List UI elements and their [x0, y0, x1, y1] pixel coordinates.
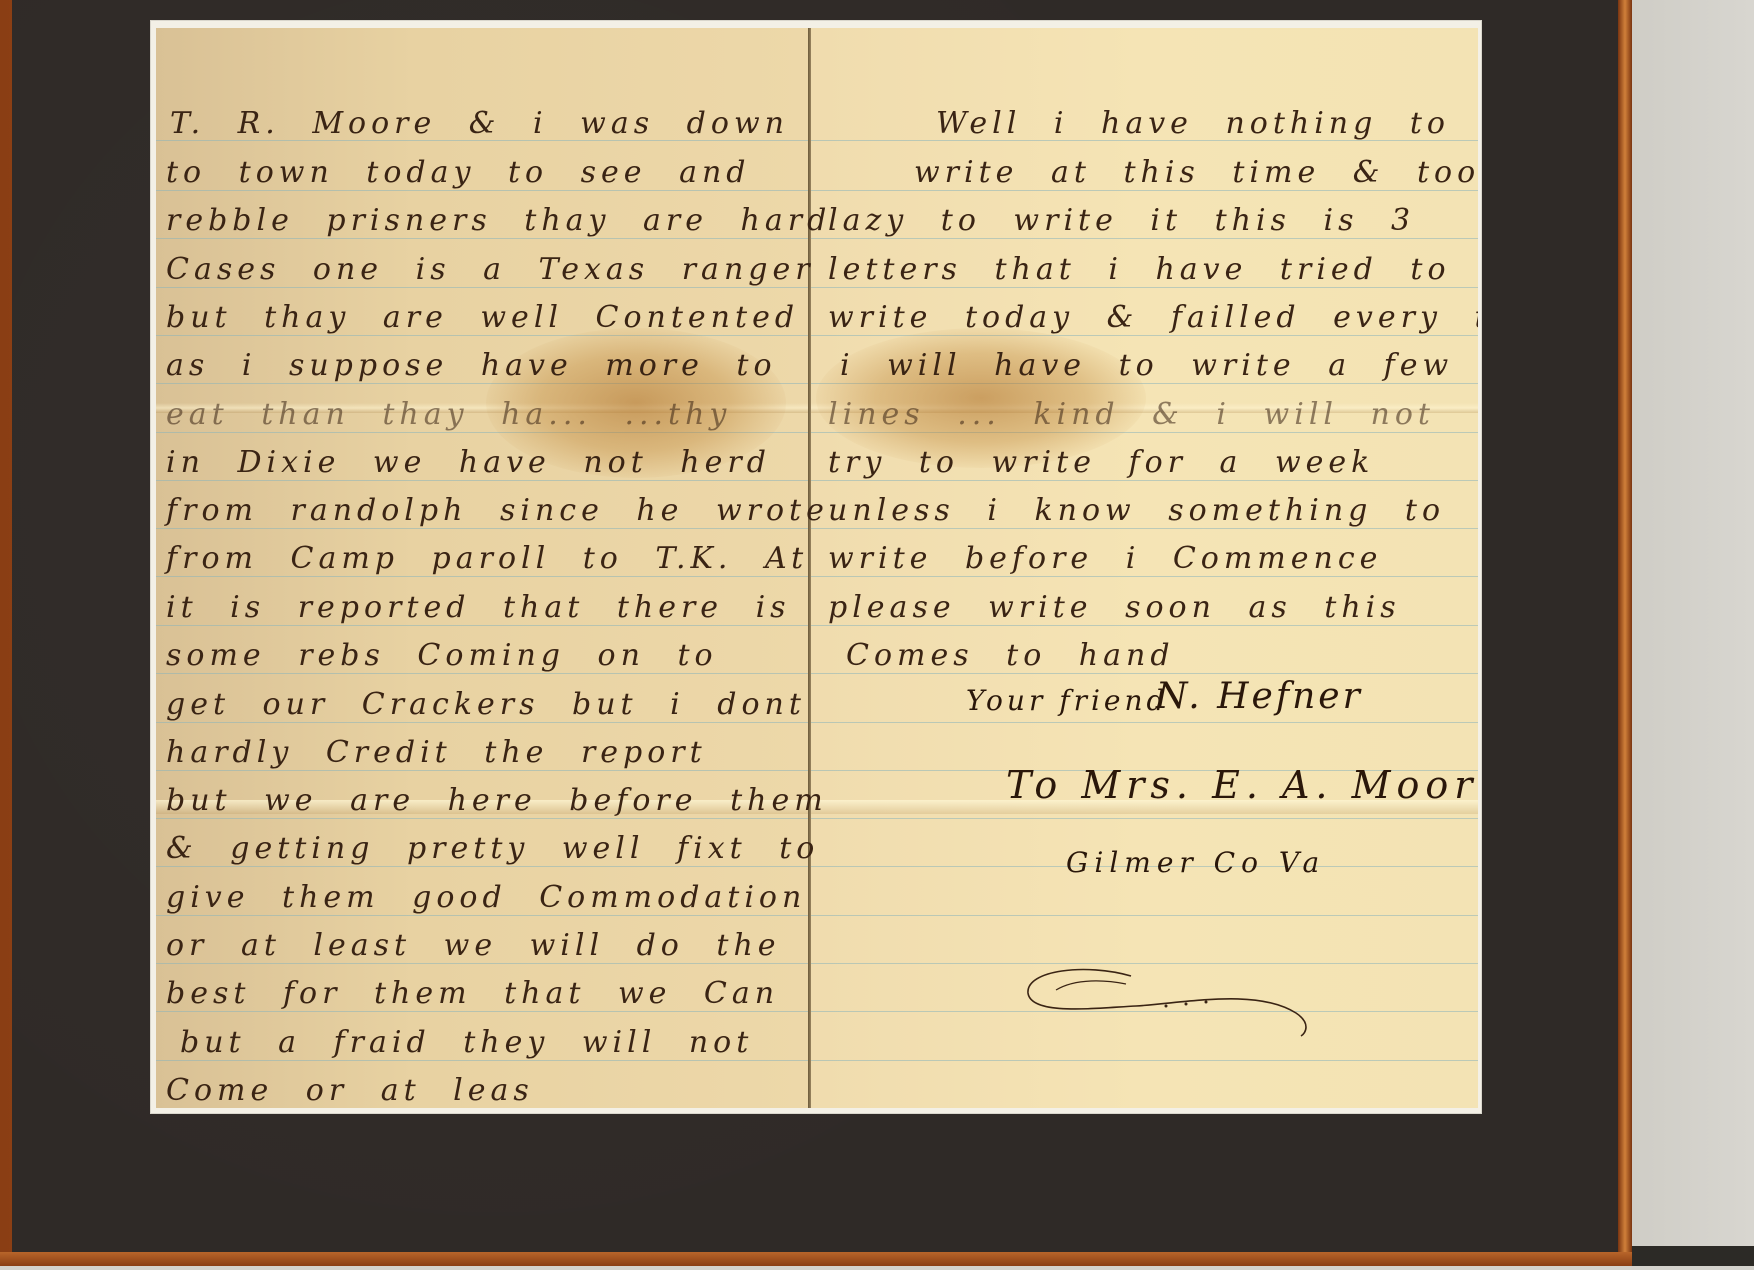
- ruled-line: [156, 432, 1478, 433]
- ruled-line: [156, 528, 1478, 529]
- letter-line: but we are here before them: [166, 783, 828, 818]
- ruled-line: [156, 383, 1478, 384]
- ruled-line: [156, 287, 1478, 288]
- letter-line: Well i have nothing to: [936, 106, 1450, 141]
- address-place: Gilmer Co Va: [1066, 846, 1325, 879]
- address-recipient: To Mrs. E. A. Moore: [1006, 763, 1478, 807]
- wall-shadow: [1632, 1246, 1754, 1266]
- letter-line: from randolph since he wrote: [166, 493, 829, 528]
- ruled-line: [156, 915, 1478, 916]
- letter-line: lazy to write it this is 3: [828, 203, 1415, 238]
- letter-line: unless i know something to: [828, 493, 1445, 528]
- ruled-line: [156, 673, 1478, 674]
- letter-line: write at this time & too: [914, 155, 1478, 190]
- letter-line: best for them that we Can: [166, 976, 779, 1011]
- letter-line: letters that i have tried to: [828, 252, 1451, 287]
- letter-line: i will have to write a few: [840, 348, 1453, 383]
- ruled-line: [156, 722, 1478, 723]
- letter-line: but a fraid they will not: [180, 1025, 753, 1060]
- ruled-line: [156, 238, 1478, 239]
- ruled-line: [156, 480, 1478, 481]
- ruled-line: [156, 1060, 1478, 1061]
- frame-bottom-edge: [0, 1252, 1632, 1266]
- flourish-ornament: [1016, 958, 1316, 1038]
- letter-line: write before i Commence: [828, 541, 1382, 576]
- letter-line: rebble prisners thay are hard: [166, 203, 831, 238]
- letter-line: eat than thay ha... ...thy: [166, 397, 731, 432]
- letter-line: in Dixie we have not herd: [166, 445, 771, 480]
- letter-line: from Camp paroll to T.K. At: [166, 541, 808, 576]
- letter-line: Comes to hand: [846, 638, 1175, 673]
- wall-background: [1632, 0, 1754, 1246]
- letter-line: Come or at leas: [166, 1073, 534, 1108]
- ruled-line: [156, 335, 1478, 336]
- letter-line: write today & failled every time: [828, 300, 1478, 335]
- letter-line: T. R. Moore & i was down: [170, 106, 789, 141]
- letter-line: but thay are well Contented: [166, 300, 799, 335]
- letter-line: get our Crackers but i dont: [166, 687, 806, 722]
- ruled-line: [156, 625, 1478, 626]
- letter-line: as i suppose have more to: [166, 348, 777, 383]
- letter-line: try to write for a week: [828, 445, 1374, 480]
- letter-line: it is reported that there is: [166, 590, 791, 625]
- center-fold-crease: [808, 28, 811, 1108]
- closing-line: Your friend: [966, 684, 1168, 717]
- letter-line: Cases one is a Texas ranger: [166, 252, 815, 287]
- frame-right-edge: [1618, 0, 1632, 1266]
- letter-line: & getting pretty well fixt to: [166, 831, 819, 866]
- letter-line: to town today to see and: [166, 155, 751, 190]
- ruled-line: [156, 190, 1478, 191]
- ruled-line: [156, 818, 1478, 819]
- letter-line: some rebs Coming on to: [166, 638, 718, 673]
- ruled-line: [156, 576, 1478, 577]
- letter-line: give them good Commodation: [166, 880, 806, 915]
- letter-line: please write soon as this: [828, 590, 1401, 625]
- letter-paper: T. R. Moore & i was down to town today t…: [156, 28, 1478, 1108]
- letter-line: hardly Credit the report: [166, 735, 707, 770]
- letter-line: or at least we will do the: [166, 928, 781, 963]
- signature: N. Hefner: [1156, 676, 1363, 717]
- letter-line: lines ... kind & i will not: [828, 397, 1435, 432]
